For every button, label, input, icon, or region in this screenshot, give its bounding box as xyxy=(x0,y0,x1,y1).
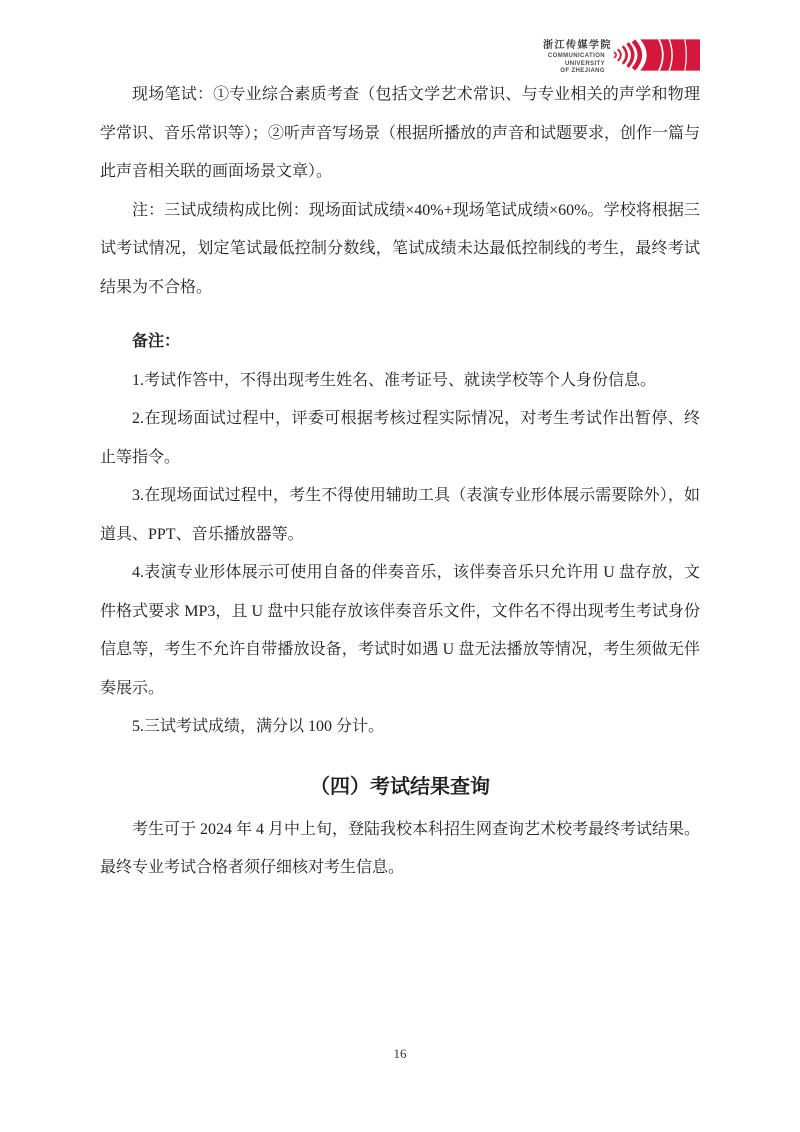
logo-en-name-line: UNIVERSITY xyxy=(543,61,605,69)
note-item-4: 4.表演专业形体展示可使用自备的伴奏音乐，该伴奏音乐只允许用 U 盘存放，文件格… xyxy=(100,554,700,708)
paragraph-written-test: 现场笔试：①专业综合素质考查（包括文学艺术常识、与专业相关的声学和物理学常识、音… xyxy=(100,76,700,192)
page-number: 16 xyxy=(394,1046,407,1061)
paragraph-score-ratio: 注：三试成绩构成比例：现场面试成绩×40%+现场笔试成绩×60%。学校将根据三试… xyxy=(100,192,700,308)
university-logo: 浙江传媒学院 COMMUNICATION UNIVERSITY OF ZHEJI… xyxy=(543,35,700,76)
soundwave-logo-icon xyxy=(610,39,700,71)
logo-en-name: COMMUNICATION UNIVERSITY OF ZHEJIANG xyxy=(543,53,605,76)
paragraph-result-query: 考生可于 2024 年 4 月中上旬，登陆我校本科招生网查询艺术校考最终考试结果… xyxy=(100,811,700,888)
university-logo-text: 浙江传媒学院 COMMUNICATION UNIVERSITY OF ZHEJI… xyxy=(543,35,605,76)
section-heading-result-query: （四）考试结果查询 xyxy=(100,771,700,803)
note-item-1: 1.考试作答中，不得出现考生姓名、准考证号、就读学校等个人身份信息。 xyxy=(100,362,700,401)
note-item-3: 3.在现场面试过程中，考生不得使用辅助工具（表演专业形体展示需要除外），如道具、… xyxy=(100,477,700,554)
logo-en-name-line: OF ZHEJIANG xyxy=(543,68,605,76)
note-item-5: 5.三试考试成绩，满分以 100 分计。 xyxy=(100,708,700,747)
logo-en-name-line: COMMUNICATION xyxy=(543,53,605,61)
note-item-2: 2.在现场面试过程中，评委可根据考核过程实际情况，对考生考试作出暂停、终止等指令… xyxy=(100,400,700,477)
page-footer: 16 xyxy=(0,1046,800,1062)
document-body: 现场笔试：①专业综合素质考查（包括文学艺术常识、与专业相关的声学和物理学常识、音… xyxy=(100,76,700,888)
notes-heading: 备注： xyxy=(100,323,700,362)
logo-cn-name: 浙江传媒学院 xyxy=(543,36,605,51)
